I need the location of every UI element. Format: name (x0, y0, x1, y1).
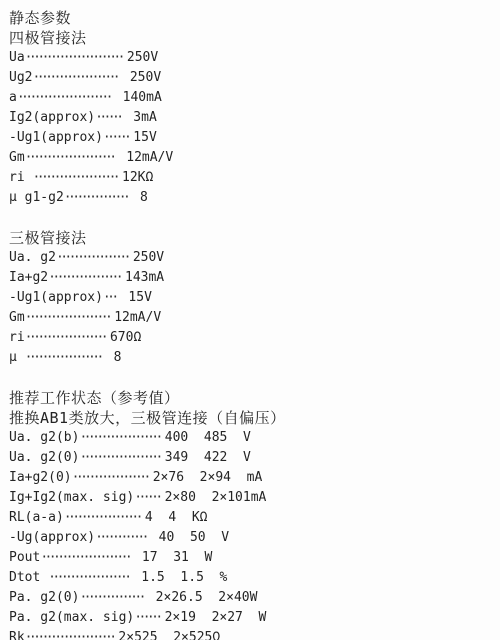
datasheet-page: 静态参数 四极管接法 Ua·······················250V… (0, 0, 500, 640)
param-value: 349 422 V (165, 450, 251, 465)
heading-recommended-operating-conditions: 推荐工作状态（参考值） (9, 388, 500, 408)
param-ia: a······················ 140mA (9, 88, 500, 108)
param-label: Gm (9, 150, 25, 165)
param-value: 400 485 V (165, 430, 251, 445)
param-ua-g2: Ua. g2·················250V (9, 248, 500, 268)
param-label: μ (9, 350, 25, 365)
param-rl-a-a: RL(a-a)··················4 4 KΩ (9, 508, 500, 528)
param-ia-plus-g2-0: Ia+g2(0)··················2×76 2×94 mA (9, 468, 500, 488)
param-value: 15V (121, 290, 152, 305)
dot-leader: ······ (134, 610, 164, 625)
param-label: Ua. g2(b) (9, 430, 79, 445)
param-label: Ia+g2(0) (9, 470, 72, 485)
param-ia-plus-g2: Ia+g2·················143mA (9, 268, 500, 288)
heading-pushpull-ab1-triode-selfbias: 推换AB1类放大，三极管连接（自偏压） (9, 408, 500, 428)
dot-leader: ·················· (72, 470, 153, 485)
dot-leader: ···················· (32, 70, 122, 85)
dot-leader: ·················· (25, 350, 106, 365)
section-recommended-operating-conditions: 推荐工作状态（参考值） 推换AB1类放大，三极管连接（自偏压） Ua. g2(b… (9, 388, 500, 640)
param-value: 12mA/V (118, 150, 173, 165)
param-value: 8 (106, 350, 122, 365)
param-label: ri (9, 330, 25, 345)
param-rk: Rk·····················2×525 2×525Ω (9, 628, 500, 640)
section-static-parameters: 静态参数 四极管接法 Ua·······················250V… (9, 8, 500, 208)
param-value: 15V (133, 130, 156, 145)
param-pout: Pout····················· 17 31 W (9, 548, 500, 568)
param-value: 143mA (125, 270, 164, 285)
param-pa-g2-max-sig: Pa. g2(max. sig)······2×19 2×27 W (9, 608, 500, 628)
param-label: Dtot (9, 570, 48, 585)
dot-leader: ····················· (25, 630, 119, 640)
param-label: Rk (9, 630, 25, 640)
param-value: 2×525 2×525Ω (118, 630, 220, 640)
param-label: -Ug1(approx) (9, 130, 103, 145)
dot-leader: ···················· (32, 170, 122, 185)
heading-tetrode-connection: 四极管接法 (9, 28, 500, 48)
param-value: 2×26.5 2×40W (148, 590, 258, 605)
param-label: Ua (9, 50, 25, 65)
dot-leader: ··················· (48, 570, 133, 585)
param-neg-ug-approx: -Ug(approx)············ 40 50 V (9, 528, 500, 548)
dot-leader: ······ (103, 130, 133, 145)
param-label: Ua. g2(0) (9, 450, 79, 465)
param-label: Gm (9, 310, 25, 325)
param-neg-ug1-approx: -Ug1(approx)······15V (9, 128, 500, 148)
param-value: 17 31 W (134, 550, 212, 565)
dot-leader: ············ (95, 530, 151, 545)
param-value: 140mA (115, 90, 162, 105)
dot-leader: ·················· (64, 510, 145, 525)
dot-leader: ··············· (64, 190, 132, 205)
param-label: a (9, 90, 17, 105)
dot-leader: ······················ (17, 90, 115, 105)
param-gm: Gm····················· 12mA/V (9, 148, 500, 168)
param-value: 250V (127, 50, 158, 65)
param-mu: μ ·················· 8 (9, 348, 500, 368)
dot-leader: ······················· (25, 50, 127, 65)
param-value: 2×80 2×101mA (165, 490, 267, 505)
param-gm: Gm····················12mA/V (9, 308, 500, 328)
dot-leader: ····················· (25, 150, 119, 165)
dot-leader: ··················· (25, 330, 110, 345)
param-neg-ug1-approx: -Ug1(approx)··· 15V (9, 288, 500, 308)
param-label: ri (9, 170, 32, 185)
dot-leader: ··············· (79, 590, 147, 605)
param-label: -Ug(approx) (9, 530, 95, 545)
param-value: 2×19 2×27 W (165, 610, 267, 625)
param-label: Ia+g2 (9, 270, 48, 285)
dot-leader: ······ (134, 490, 164, 505)
param-label: -Ug1(approx) (9, 290, 103, 305)
param-value: 250V (133, 250, 164, 265)
param-ug2: Ug2···················· 250V (9, 68, 500, 88)
param-label: Ug2 (9, 70, 32, 85)
param-label: Ua. g2 (9, 250, 56, 265)
param-value: 12mA/V (114, 310, 161, 325)
param-value: 8 (132, 190, 148, 205)
heading-static-parameters: 静态参数 (9, 8, 500, 28)
heading-triode-connection: 三极管接法 (9, 228, 500, 248)
dot-leader: ················· (56, 250, 133, 265)
param-value: 3mA (125, 110, 156, 125)
param-label: Pout (9, 550, 40, 565)
param-dtot: Dtot ··················· 1.5 1.5 % (9, 568, 500, 588)
section-triode-connection: 三极管接法 Ua. g2·················250V Ia+g2·… (9, 228, 500, 368)
param-value: 4 4 KΩ (145, 510, 208, 525)
param-label: μ g1-g2 (9, 190, 64, 205)
param-value: 12KΩ (122, 170, 153, 185)
dot-leader: ················· (48, 270, 125, 285)
param-ua-g2-0: Ua. g2(0)···················349 422 V (9, 448, 500, 468)
param-value: 2×76 2×94 mA (153, 470, 263, 485)
param-label: Pa. g2(max. sig) (9, 610, 134, 625)
param-value: 670Ω (110, 330, 141, 345)
param-value: 250V (122, 70, 161, 85)
dot-leader: ···················· (25, 310, 115, 325)
param-label: Pa. g2(0) (9, 590, 79, 605)
param-value: 40 50 V (151, 530, 229, 545)
param-mu-g1-g2: μ g1-g2··············· 8 (9, 188, 500, 208)
param-pa-g2-0: Pa. g2(0)··············· 2×26.5 2×40W (9, 588, 500, 608)
param-ua: Ua·······················250V (9, 48, 500, 68)
dot-leader: ··· (103, 290, 121, 305)
dot-leader: ····················· (40, 550, 134, 565)
param-value: 1.5 1.5 % (133, 570, 227, 585)
param-ig-plus-ig2-max-sig: Ig+Ig2(max. sig)······2×80 2×101mA (9, 488, 500, 508)
param-ua-g2-b: Ua. g2(b)···················400 485 V (9, 428, 500, 448)
dot-leader: ··················· (79, 430, 164, 445)
param-label: RL(a-a) (9, 510, 64, 525)
param-label: Ig2(approx) (9, 110, 95, 125)
param-ig2-approx: Ig2(approx)······ 3mA (9, 108, 500, 128)
dot-leader: ··················· (79, 450, 164, 465)
dot-leader: ······ (95, 110, 125, 125)
param-ri: ri···················670Ω (9, 328, 500, 348)
param-label: Ig+Ig2(max. sig) (9, 490, 134, 505)
param-ri: ri ····················12KΩ (9, 168, 500, 188)
